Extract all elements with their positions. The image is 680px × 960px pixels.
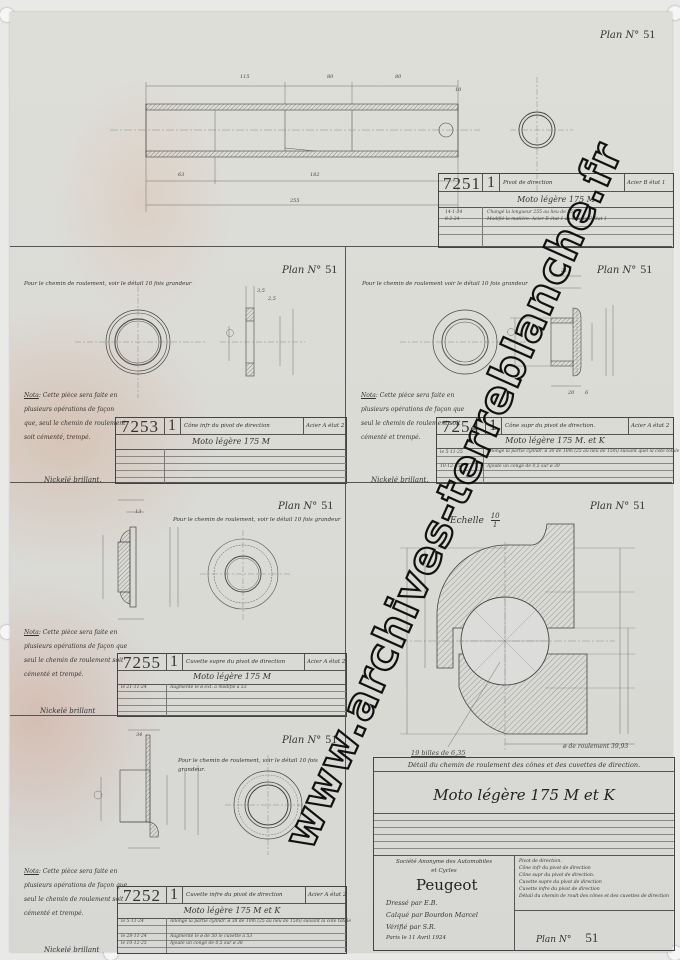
part-description: Cône infr du pivot de direction: [184, 423, 270, 429]
traced-by: Calqué par Bourdon Marcel: [386, 911, 478, 919]
part-description: Cône supr du pivot de direction.: [505, 423, 595, 429]
modification-date: le 28-11-24: [121, 934, 147, 939]
part-material: Acier A état 2: [308, 892, 346, 898]
drawing-date: Paris le 11 Avril 1924: [386, 935, 446, 941]
parts-list-item: Pivot de direction.: [519, 858, 669, 865]
manufacturing-note: Nota: Cette pièce sera faite en plusieur…: [24, 626, 129, 682]
part-description: Pivot de direction: [503, 180, 552, 186]
manufacturing-note: Nota: Cette pièce sera faite en plusieur…: [24, 389, 129, 445]
title-block-7255: 7255 1 Cuvette supre du pivot de directi…: [117, 653, 347, 717]
modification-date: le 21-11-24: [121, 685, 147, 690]
part-quantity: 1: [487, 174, 495, 192]
part-quantity: 1: [168, 417, 176, 435]
parts-list: Pivot de direction. Cône infr du pivot d…: [519, 858, 669, 900]
dimension-label: 13: [135, 509, 141, 515]
part-description: Cuvette infre du pivot de direction: [186, 892, 283, 898]
main-title-block: Détail du chemin de roulement des cônes …: [373, 757, 675, 951]
part-number: 7253: [121, 417, 159, 437]
modification-date: le 5-11-24: [121, 919, 144, 924]
dimension-label: 80: [395, 74, 401, 80]
modification-text: Allongé la partie cylindr. ø 38 de 10m (…: [170, 919, 351, 924]
part-description: Cuvette supre du pivot de direction: [186, 659, 285, 665]
modification-text: Ajouté un congé de 0,5 sur ø 30: [487, 464, 560, 469]
dimension-label: 6: [585, 390, 588, 396]
dimension-label: 2,5: [268, 296, 276, 302]
dimension-label: 3,5: [257, 288, 265, 294]
dimension-label: 10: [455, 87, 461, 93]
part-quantity: 1: [170, 886, 178, 904]
part-material: Acier A état 2: [631, 423, 669, 429]
dimension-label: 20: [568, 390, 574, 396]
part-number: 7255: [123, 653, 161, 673]
brand-logo: Peugeot: [416, 876, 478, 894]
modification-text: Ajouté un congé de 0,5 sur ø 38: [170, 941, 243, 946]
title-block-7253: 7253 1 Cône infr du pivot de direction A…: [115, 417, 347, 484]
part-quantity: 1: [170, 653, 178, 671]
modification-text: Augmenté le ø de 50 le cuvette à 53: [170, 934, 252, 939]
part-material: Acier A état 2: [306, 423, 344, 429]
part-material: Acier B état 1: [627, 180, 665, 186]
modification-text: Augmenté le ø ext. à modifié à 53: [170, 685, 247, 690]
dimension-label: 80: [327, 74, 333, 80]
modification-text: Allongé la partie cylindr. ø 30 de 10m (…: [487, 449, 679, 454]
finish-spec: Nickelé brillant: [40, 707, 95, 715]
dimension-label: 34: [136, 732, 142, 738]
modification-date: 14-1-24: [445, 210, 462, 215]
drawing-subtitle: Détail du chemin de roulement des cônes …: [374, 761, 674, 769]
parts-list-item: Cône infr du pivot de direction: [519, 865, 669, 872]
dimension-label: 182: [310, 172, 320, 178]
race-diameter: ø de roulement 39,93: [563, 743, 628, 750]
part-number: 7252: [123, 886, 161, 906]
main-plan-number: Plan N°51: [536, 930, 598, 946]
finish-spec: Nickelé brillant: [44, 946, 99, 954]
modification-date: 8-2-24: [445, 217, 460, 222]
part-material: Acier A état 2: [307, 659, 345, 665]
dimension-label: 63: [178, 172, 184, 178]
parts-list-item: Détail du chemin de roult des cônes et d…: [519, 893, 669, 900]
company-name: Société Anonyme des Automobiles: [379, 859, 509, 865]
modification-date: le 10-12-25: [121, 941, 147, 946]
parts-list-item: Cuvette infre du pivot de direction: [519, 886, 669, 893]
checked-by: Vérifié par S.R.: [386, 923, 436, 931]
title-block-7252: 7252 1 Cuvette infre du pivot de directi…: [117, 886, 347, 954]
parts-list-item: Cône supr du pivot de direction.: [519, 872, 669, 879]
parts-list-item: Cuvette supre du pivot de direction: [519, 879, 669, 886]
company-name: et Cycles: [379, 868, 509, 874]
drawing-title: Moto légère 175 M et K: [374, 786, 674, 804]
part-number: 7251: [443, 174, 481, 194]
dimension-label: 255: [290, 198, 300, 204]
model-name: Moto légère 175 M: [116, 437, 346, 446]
ball-spec: 19 billes de 6,35: [411, 749, 466, 757]
dimension-label: 115: [240, 74, 250, 80]
model-name: Moto légère 175 M: [118, 672, 346, 681]
drawn-by: Dressé par E.B.: [386, 899, 438, 907]
model-name: Moto légère 175 M et K: [118, 906, 346, 915]
manufacturing-note: Nota: Cette pièce sera faite en plusieur…: [24, 865, 129, 921]
